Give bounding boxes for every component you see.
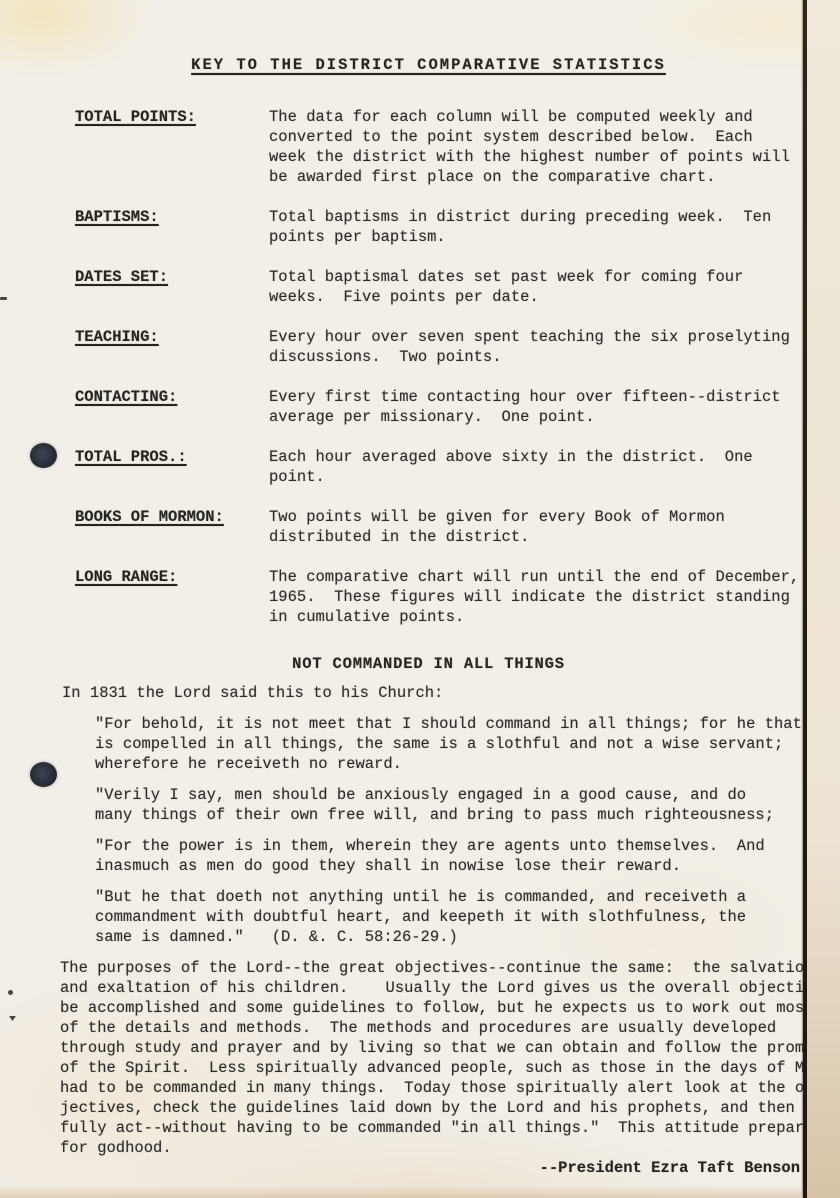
key-description: Total baptismal dates set past week for … <box>269 267 799 307</box>
page-title-text: KEY TO THE DISTRICT COMPARATIVE STATISTI… <box>191 56 666 74</box>
closing-paragraph: The purposes of the Lord--the great obje… <box>60 958 797 1158</box>
key-term: DATES SET: <box>75 267 269 307</box>
key-term: TOTAL POINTS: <box>75 107 269 187</box>
scripture-quote: "For the power is in them, wherein they … <box>95 836 797 876</box>
section-intro: In 1831 the Lord said this to his Church… <box>62 683 797 703</box>
key-term: TEACHING: <box>75 327 269 367</box>
key-description: Every hour over seven spent teaching the… <box>269 327 799 367</box>
scripture-quote: "For behold, it is not meet that I shoul… <box>95 714 797 774</box>
key-description: Each hour averaged above sixty in the di… <box>269 447 799 487</box>
scan-speck <box>0 297 7 300</box>
document-page: KEY TO THE DISTRICT COMPARATIVE STATISTI… <box>0 0 803 1198</box>
key-term: BAPTISMS: <box>75 207 269 247</box>
key-description: Every first time contacting hour over fi… <box>269 387 799 427</box>
key-term: CONTACTING: <box>75 387 269 427</box>
scan-speck <box>8 990 13 995</box>
key-description: The data for each column will be compute… <box>269 107 799 187</box>
adjacent-page-edge <box>807 0 840 1198</box>
scanned-document: KEY TO THE DISTRICT COMPARATIVE STATISTI… <box>0 0 840 1198</box>
attribution: --President Ezra Taft Benson <box>60 1158 800 1178</box>
scripture-quote: "Verily I say, men should be anxiously e… <box>95 785 797 825</box>
key-description: The comparative chart will run until the… <box>269 567 799 627</box>
punch-hole <box>30 443 57 468</box>
key-term: BOOKS OF MORMON: <box>75 507 269 547</box>
key-description: Two points will be given for every Book … <box>269 507 799 547</box>
page-title: KEY TO THE DISTRICT COMPARATIVE STATISTI… <box>60 55 797 75</box>
key-term: LONG RANGE: <box>75 567 269 627</box>
section-heading: NOT COMMANDED IN ALL THINGS <box>60 654 797 674</box>
scripture-quote: "But he that doeth not anything until he… <box>95 887 797 947</box>
key-term: TOTAL PROS.: <box>75 447 269 487</box>
key-definitions-list: TOTAL POINTS: The data for each column w… <box>75 107 797 627</box>
punch-hole <box>30 762 57 787</box>
bottom-shadow-band <box>0 1185 803 1198</box>
key-description: Total baptisms in district during preced… <box>269 207 799 247</box>
